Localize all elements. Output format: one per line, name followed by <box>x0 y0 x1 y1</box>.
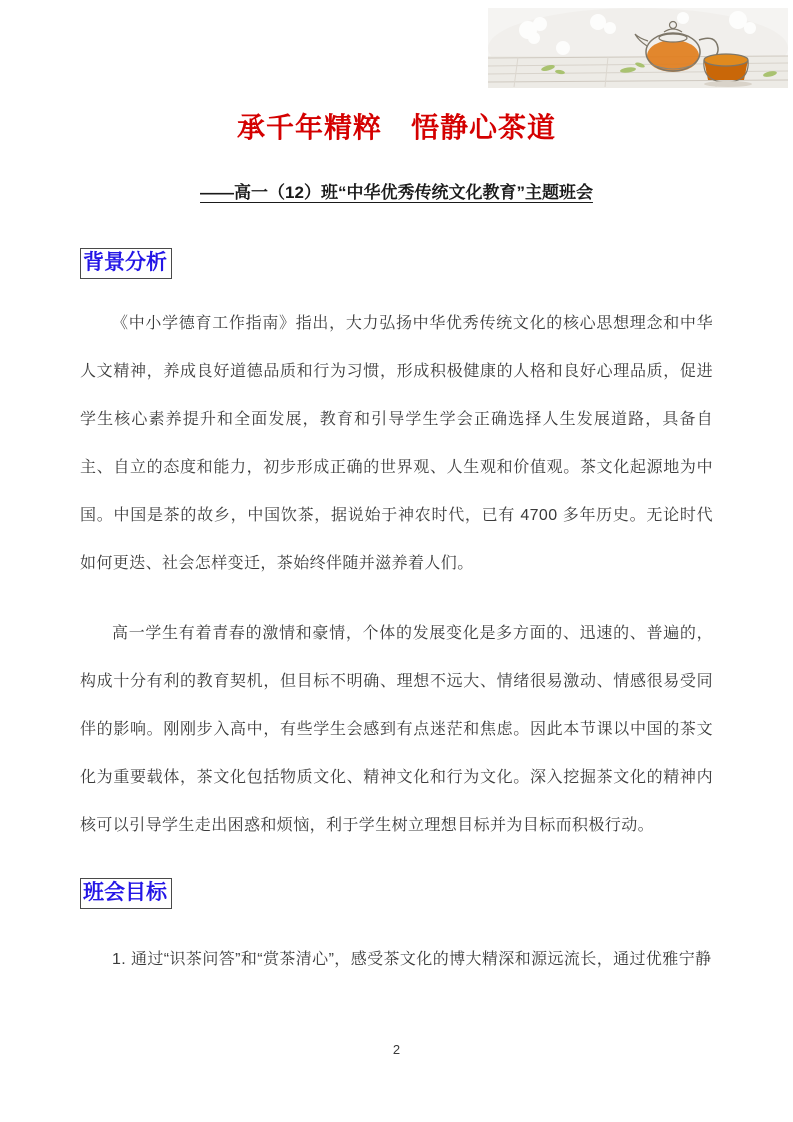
page-number: 2 <box>0 1042 793 1057</box>
tea-banner-image <box>488 8 788 88</box>
teapot-illustration <box>488 8 788 88</box>
document-title: 承千年精粹 悟静心茶道 <box>0 106 793 146</box>
teacup-icon <box>704 54 752 87</box>
document-subtitle: ——高一（12）班“中华优秀传统文化教育”主题班会 <box>0 178 793 203</box>
document-subtitle-text: ——高一（12）班“中华优秀传统文化教育”主题班会 <box>200 183 593 202</box>
section-heading-background-analysis: 背景分析 <box>80 248 172 279</box>
paragraph-background-1: 《中小学德育工作指南》指出，大力弘扬中华优秀传统文化的核心思想理念和中华人文精神… <box>80 300 713 588</box>
paragraph-goal-1: 1. 通过“识茶问答”和“赏茶清心”，感受茶文化的博大精深和源远流长，通过优雅宁… <box>80 936 713 984</box>
paragraph-background-2: 高一学生有着青春的激情和豪情，个体的发展变化是多方面的、迅速的、普遍的，构成十分… <box>80 610 713 850</box>
section-heading-class-goals: 班会目标 <box>80 878 172 909</box>
